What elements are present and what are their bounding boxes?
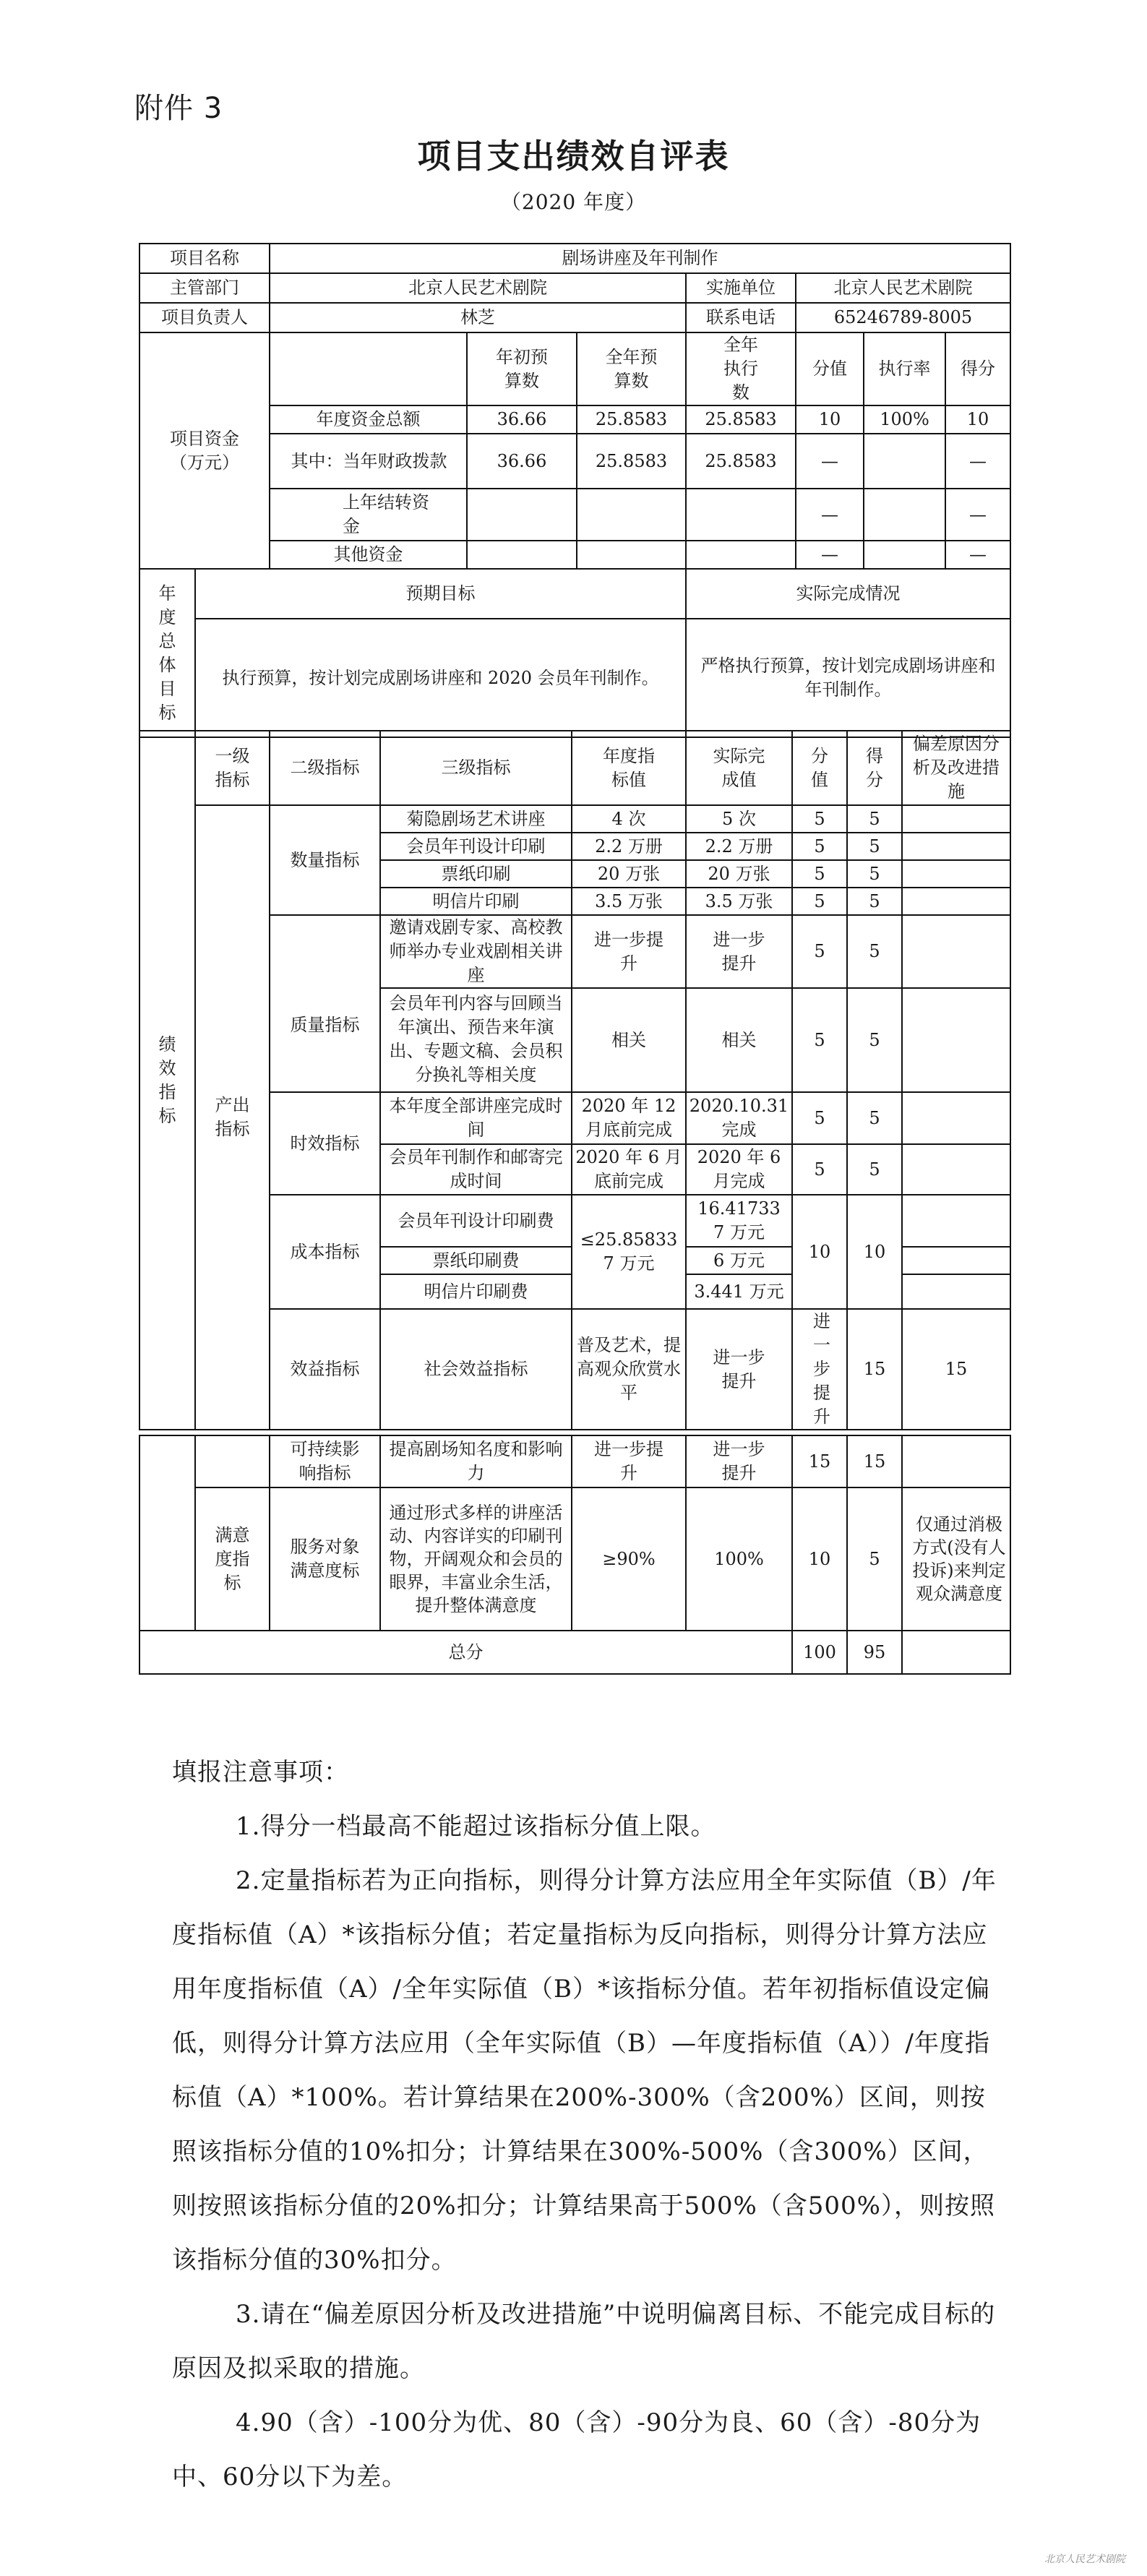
funding-row: 其他资金 — — [139,541,1010,569]
funding-header-blank [270,332,467,405]
funding-score-value: 10 [796,405,864,434]
goals-actual-header: 实际完成情况 [686,569,1010,619]
indicator-name: 会员年刊设计印刷费 [380,1195,572,1247]
indicator-actual: 20 万张 [686,860,792,888]
indicator-target: 进一步提升 [686,1309,792,1430]
indicator-score: 5 [847,805,902,833]
funding-score: 10 [945,405,1010,434]
indicator-deviation [902,1435,1010,1487]
indicator-deviation [902,915,1010,988]
indicator-score: 5 [847,833,902,860]
indicator-deviation: 仅通过消极方式(没有人投诉)来判定观众满意度 [902,1487,1010,1631]
goals-content-row: 执行预算，按计划完成剧场讲座和 2020 会员年刊制作。 严格执行预算，按计划完… [139,619,1010,737]
funding-executed: 25.8583 [686,434,796,489]
indicator-name: 会员年刊内容与回顾当年演出、预告来年演出、专题文稿、会员积分换礼等相关度 [380,988,572,1092]
value-phone: 65246789-8005 [796,303,1010,332]
indicator-score: 5 [847,915,902,988]
social-indicator-label: 社会效益指标 [380,1309,572,1430]
indicator-name: 会员年刊制作和邮寄完成时间 [380,1144,572,1195]
indicator-name: 票纸印刷 [380,860,572,888]
indicator-name-text: 会员年刊内容与回顾当年演出、预告来年演出、专题文稿、会员积分换礼等相关度 [384,992,568,1091]
funding-header-score: 得分 [945,332,1010,405]
indicator-actual: 5 次 [686,805,792,833]
timeliness-indicator-label: 时效指标 [270,1092,380,1195]
funding-annual [577,489,686,541]
label-lead: 项目负责人 [139,303,270,332]
indicator-name: 会员年刊设计印刷 [380,833,572,860]
indicator-score-value: 10 [792,1195,847,1309]
indicator-target: 20 万张 [572,860,686,888]
total-row: 总分 100 95 [139,1631,1010,1674]
total-score-value: 100 [792,1631,847,1674]
indicator-target: 进一步提升 [572,915,686,988]
indicator-score-value: 5 [792,860,847,888]
indicator-actual: 16.417337 万元 [686,1195,792,1247]
benefit-indicator-label-cont [195,1435,270,1487]
value-department: 北京人民艺术剧院 [270,273,686,303]
row-department: 主管部门 北京人民艺术剧院 实施单位 北京人民艺术剧院 [139,273,1010,303]
funding-initial [467,489,577,541]
indicator-score-value: 5 [792,915,847,988]
funding-rate [864,434,945,489]
output-indicator-label: 产出指标 [195,805,270,1430]
funding-annual: 25.8583 [577,434,686,489]
indicator-score: 10 [847,1195,902,1309]
funding-rate [864,489,945,541]
indicator-name: 邀请戏剧专家、高校教师举办专业戏剧相关讲座 [380,915,572,988]
funding-header-executed: 全年执行数 [686,332,796,405]
value-project-name: 剧场讲座及年刊制作 [270,244,1010,273]
indicator-name: 明信片印刷 [380,888,572,915]
header-level2: 二级指标 [270,731,380,805]
indicator-score: 5 [847,888,902,915]
quantity-indicator-label: 数量指标 [270,805,380,915]
funding-score-value: — [796,434,864,489]
indicator-name: 普及艺术，提高观众欣赏水平 [572,1309,686,1430]
note-item: 4.90（含）-100分为优、80（含）-90分为良、60（含）-80分为中、6… [172,2396,1010,2504]
service-indicator-label: 服务对象满意度标 [270,1487,380,1631]
goals-expected-header: 预期目标 [195,569,686,619]
indicator-name: 通过形式多样的讲座活动、内容详实的印刷刊物，开阔观众和会员的眼界，丰富业余生活，… [380,1487,572,1631]
label-project-name: 项目名称 [139,244,270,273]
indicator-row: 满意度指标 服务对象满意度标 通过形式多样的讲座活动、内容详实的印刷刊物，开阔观… [139,1487,1010,1631]
indicator-target: 2.2 万册 [572,833,686,860]
indicator-name: 菊隐剧场艺术讲座 [380,805,572,833]
page-subtitle: （2020 年度） [0,186,1147,215]
indicator-score: 5 [847,1487,902,1631]
attachment-label: 附件 3 [134,85,223,126]
indicator-target: 进一步提升 [572,1435,686,1487]
header-level1: 一级指标 [195,731,270,805]
indicator-target: 3.5 万张 [572,888,686,915]
indicator-score: 5 [847,988,902,1092]
indicator-target: ≥90% [572,1487,686,1631]
cost-indicator-label: 成本指标 [270,1195,380,1309]
funding-executed: 25.8583 [686,405,796,434]
indicator-row: 质量指标 邀请戏剧专家、高校教师举办专业戏剧相关讲座 进一步提升 进一步提升 5… [139,915,1010,988]
indicator-score: 5 [847,1144,902,1195]
indicator-actual: 2020.10.31 完成 [686,1092,792,1144]
indicator-name: 提高剧场知名度和影响力 [380,1435,572,1487]
note-item: 2.定量指标若为正向指标，则得分计算方法应用全年实际值（B）/年度指标值（A）*… [172,1854,1010,2288]
indicator-score-value: 5 [792,805,847,833]
indicator-deviation [902,1092,1010,1144]
funding-score-value: — [796,541,864,569]
indicator-actual: 2.2 万册 [686,833,792,860]
indicator-score-value: 5 [792,1092,847,1144]
funding-initial: 36.66 [467,434,577,489]
indicators-section-label: 绩效指标 [139,731,195,1430]
funding-header-row: 项目资金（万元） 年初预算数 全年预算数 全年执行数 分值 执行率 得分 [139,332,1010,405]
indicator-score-value: 5 [792,888,847,915]
indicators-table: 绩效指标 一级指标 二级指标 三级指标 年度指标值 实际完成值 分值 得分 偏差… [139,730,1011,1430]
note-item: 1.得分一档最高不能超过该指标分值上限。 [172,1800,1010,1854]
indicator-actual: 进一步提升 [686,915,792,988]
indicator-actual: 3.441 万元 [686,1274,792,1309]
label-phone: 联系电话 [686,303,796,332]
funding-score-value: — [796,489,864,541]
funding-section-label: 项目资金（万元） [139,332,270,569]
indicators-section-label-cont [139,1435,195,1631]
row-lead: 项目负责人 林芝 联系电话 65246789-8005 [139,303,1010,332]
header-score: 得分 [847,731,902,805]
funding-score: — [945,541,1010,569]
funding-annual [577,541,686,569]
total-score: 95 [847,1631,902,1674]
funding-header-annual: 全年预算数 [577,332,686,405]
funding-score: — [945,434,1010,489]
indicator-target: 4 次 [572,805,686,833]
header-score-value: 分值 [792,731,847,805]
funding-row-label: 年度资金总额 [270,405,467,434]
indicator-score: 5 [847,860,902,888]
indicator-deviation [902,805,1010,833]
indicator-deviation [902,888,1010,915]
value-lead: 林芝 [270,303,686,332]
indicator-row: 可持续影响指标 提高剧场知名度和影响力 进一步提升 进一步提升 15 15 [139,1435,1010,1487]
indicator-actual: 6 万元 [686,1247,792,1274]
funding-row: 年度资金总额 36.66 25.8583 25.8583 10 100% 10 [139,405,1010,434]
header-actual: 实际完成值 [686,731,792,805]
watermark-logo: 北京人民艺术剧院 [1044,2554,1125,2564]
indicator-deviation [902,988,1010,1092]
label-unit: 实施单位 [686,273,796,303]
funding-rate: 100% [864,405,945,434]
indicator-actual: 100% [686,1487,792,1631]
filing-notes: 填报注意事项： 1.得分一档最高不能超过该指标分值上限。 2.定量指标若为正向指… [172,1746,1010,2504]
funding-score: — [945,489,1010,541]
indicators-table-continued: 可持续影响指标 提高剧场知名度和影响力 进一步提升 进一步提升 15 15 满意… [139,1435,1011,1675]
indicator-row: 产出指标 数量指标 菊隐剧场艺术讲座 4 次 5 次 5 5 [139,805,1010,833]
indicator-score: 15 [902,1309,1010,1430]
funding-header-rate: 执行率 [864,332,945,405]
funding-rate [864,541,945,569]
goals-actual-text: 严格执行预算，按计划完成剧场讲座和年刊制作。 [686,619,1010,737]
indicator-actual: 相关 [686,988,792,1092]
total-label: 总分 [139,1631,792,1674]
value-unit: 北京人民艺术剧院 [796,273,1010,303]
funding-row: 其中：当年财政拨款 36.66 25.8583 25.8583 — — [139,434,1010,489]
goals-expected-text: 执行预算，按计划完成剧场讲座和 2020 会员年刊制作。 [195,619,686,737]
funding-executed [686,489,796,541]
indicator-deviation [902,1247,1010,1274]
indicator-deviation [902,1195,1010,1247]
funding-executed [686,541,796,569]
page-title: 项目支出绩效自评表 [0,130,1147,178]
funding-annual: 25.8583 [577,405,686,434]
indicator-actual: 进一步提升 [686,1435,792,1487]
funding-row-label: 上年结转资金 [270,489,467,541]
indicator-score-value: 5 [792,988,847,1092]
indicators-header-row: 绩效指标 一级指标 二级指标 三级指标 年度指标值 实际完成值 分值 得分 偏差… [139,731,1010,805]
goals-header-row: 年度总体目标 预期目标 实际完成情况 [139,569,1010,619]
notes-heading: 填报注意事项： [172,1746,1010,1800]
indicator-deviation [902,833,1010,860]
funding-row: 上年结转资金 — — [139,489,1010,541]
indicator-score: 15 [847,1435,902,1487]
quality-indicator-label: 质量指标 [270,915,380,1092]
funding-initial [467,541,577,569]
funding-initial: 36.66 [467,405,577,434]
indicator-score-value: 10 [792,1487,847,1631]
goals-section-label: 年度总体目标 [139,569,195,737]
indicator-row: 效益指标 社会效益指标 普及艺术，提高观众欣赏水平 进一步提升 进一步提升 15… [139,1309,1010,1430]
indicator-score: 5 [847,1092,902,1144]
header-target: 年度指标值 [572,731,686,805]
indicator-score-value: 15 [792,1435,847,1487]
indicator-target: ≤25.858337 万元 [572,1195,686,1309]
indicator-actual: 3.5 万张 [686,888,792,915]
indicator-score-value: 15 [847,1309,902,1430]
sustain-indicator-label: 可持续影响指标 [270,1435,380,1487]
satisfaction-indicator-label: 满意度指标 [195,1487,270,1631]
performance-table-top: 项目名称 剧场讲座及年刊制作 主管部门 北京人民艺术剧院 实施单位 北京人民艺术… [139,243,1011,738]
funding-row-label: 其他资金 [270,541,467,569]
indicator-score-value: 5 [792,833,847,860]
note-item: 3.请在“偏差原因分析及改进措施”中说明偏离目标、不能完成目标的原因及拟采取的措… [172,2288,1010,2396]
benefit-indicator-label: 效益指标 [270,1309,380,1430]
indicator-actual: 进一步提升 [792,1309,847,1430]
header-deviation: 偏差原因分析及改进措施 [902,731,1010,805]
indicator-actual: 2020 年 6 月完成 [686,1144,792,1195]
indicator-name: 明信片印刷费 [380,1274,572,1309]
header-level3: 三级指标 [380,731,572,805]
indicator-score-value: 5 [792,1144,847,1195]
funding-header-initial: 年初预算数 [467,332,577,405]
indicator-target: 2020 年 6 月底前完成 [572,1144,686,1195]
label-department: 主管部门 [139,273,270,303]
indicator-target: 2020 年 12 月底前完成 [572,1092,686,1144]
funding-header-score-value: 分值 [796,332,864,405]
watermark-text: 北京人民艺术剧院 [1044,2554,1125,2564]
indicator-row: 时效指标 本年度全部讲座完成时间 2020 年 12 月底前完成 2020.10… [139,1092,1010,1144]
funding-row-label: 其中：当年财政拨款 [270,434,467,489]
indicator-deviation [902,1274,1010,1309]
indicator-row: 成本指标 会员年刊设计印刷费 ≤25.858337 万元 16.417337 万… [139,1195,1010,1247]
total-deviation [902,1631,1010,1674]
indicator-name: 票纸印刷费 [380,1247,572,1274]
indicator-deviation [902,860,1010,888]
indicator-target: 相关 [572,988,686,1092]
row-project-name: 项目名称 剧场讲座及年刊制作 [139,244,1010,273]
indicator-deviation [902,1144,1010,1195]
indicator-name: 本年度全部讲座完成时间 [380,1092,572,1144]
